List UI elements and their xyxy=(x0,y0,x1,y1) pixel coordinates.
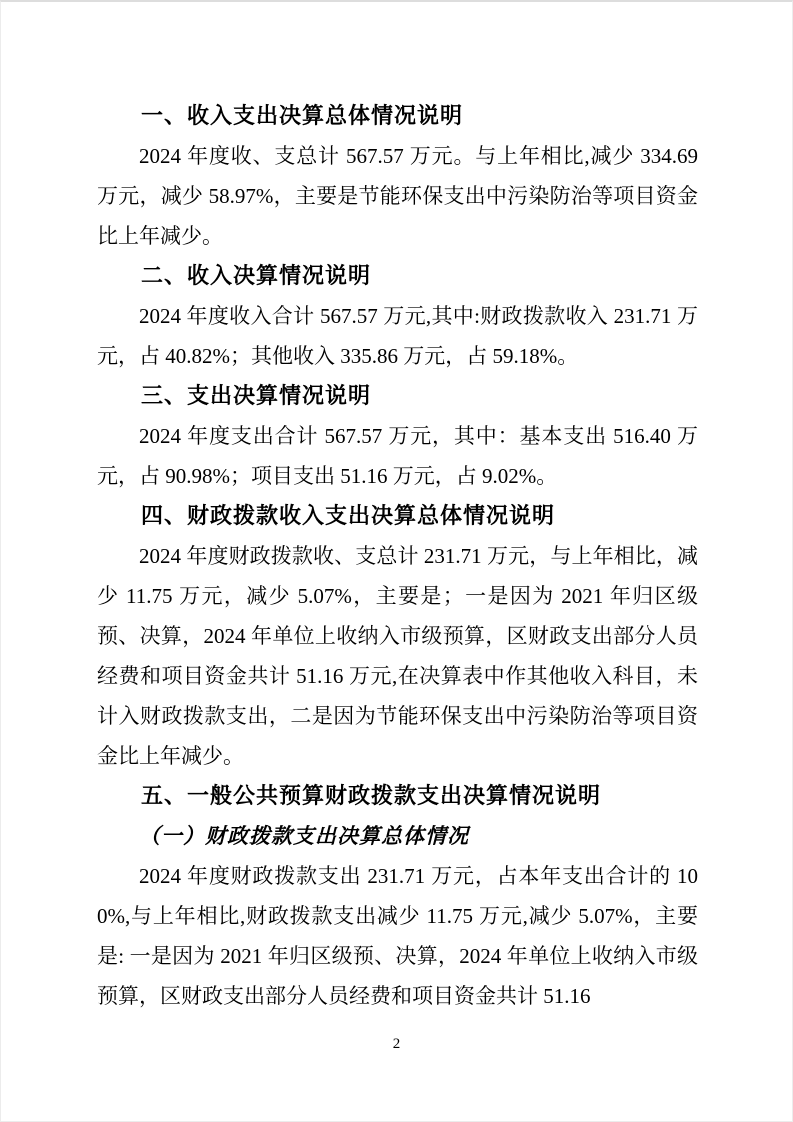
section-4-heading: 四、财政拨款收入支出决算总体情况说明 xyxy=(97,496,698,536)
section-1-paragraph: 2024 年度收、支总计 567.57 万元。与上年相比,减少 334.69 万… xyxy=(97,136,698,256)
section-2-paragraph: 2024 年度收入合计 567.57 万元,其中:财政拨款收入 231.71 万… xyxy=(97,296,698,376)
page-number: 2 xyxy=(1,1034,792,1054)
section-3-heading: 三、支出决算情况说明 xyxy=(97,376,698,416)
section-4: 四、财政拨款收入支出决算总体情况说明 2024 年度财政拨款收、支总计 231.… xyxy=(97,496,698,776)
section-1-heading: 一、收入支出决算总体情况说明 xyxy=(97,96,698,136)
section-3-paragraph: 2024 年度支出合计 567.57 万元，其中：基本支出 516.40 万元，… xyxy=(97,416,698,496)
section-4-paragraph: 2024 年度财政拨款收、支总计 231.71 万元，与上年相比，减少 11.7… xyxy=(97,536,698,776)
section-5: 五、一般公共预算财政拨款支出决算情况说明 （一）财政拨款支出决算总体情况 202… xyxy=(97,776,698,1016)
document-content: 一、收入支出决算总体情况说明 2024 年度收、支总计 567.57 万元。与上… xyxy=(97,96,698,1016)
section-1: 一、收入支出决算总体情况说明 2024 年度收、支总计 567.57 万元。与上… xyxy=(97,96,698,256)
section-5-heading: 五、一般公共预算财政拨款支出决算情况说明 xyxy=(97,776,698,816)
section-5-paragraph: 2024 年度财政拨款支出 231.71 万元，占本年支出合计的 100%,与上… xyxy=(97,856,698,1016)
section-3: 三、支出决算情况说明 2024 年度支出合计 567.57 万元，其中：基本支出… xyxy=(97,376,698,496)
section-5-subheading: （一）财政拨款支出决算总体情况 xyxy=(97,816,698,856)
section-2-heading: 二、收入决算情况说明 xyxy=(97,256,698,296)
document-page: 一、收入支出决算总体情况说明 2024 年度收、支总计 567.57 万元。与上… xyxy=(0,0,793,1122)
section-2: 二、收入决算情况说明 2024 年度收入合计 567.57 万元,其中:财政拨款… xyxy=(97,256,698,376)
